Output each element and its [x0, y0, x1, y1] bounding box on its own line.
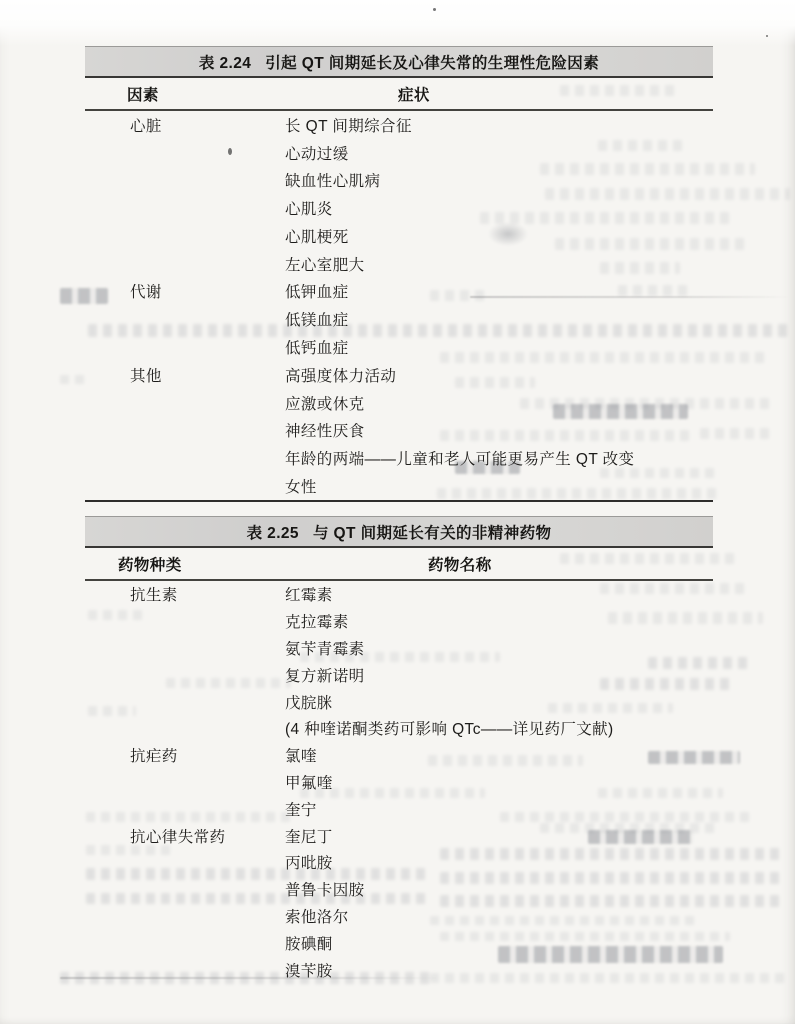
value-cell: 应激或休克 — [285, 392, 713, 414]
table-row: 抗心律失常药奎尼丁 — [85, 822, 713, 849]
table-row: 心脏长 QT 间期综合征 — [85, 111, 713, 139]
table-row: 奎宁 — [85, 795, 713, 822]
table-2-25-column-header: 药物种类 药物名称 — [85, 548, 713, 581]
value-cell: 溴苄胺 — [285, 959, 713, 981]
table-row: 抗生素红霉素 — [85, 581, 713, 608]
table-2-24-title-bar: 表 2.24 引起 QT 间期延长及心律失常的生理性危险因素 — [85, 46, 713, 78]
table-2-25-title-bar: 表 2.25 与 QT 间期延长有关的非精神药物 — [85, 516, 713, 548]
table-row: 溴苄胺 — [85, 956, 713, 983]
value-cell: 左心室肥大 — [285, 253, 713, 275]
scan-speck — [433, 8, 436, 11]
value-cell: 氯喹 — [285, 744, 713, 766]
value-cell: 长 QT 间期综合征 — [285, 114, 713, 136]
value-cell: 索他洛尔 — [285, 905, 713, 927]
value-cell: 复方新诺明 — [285, 664, 713, 686]
table-2-24-body: 心脏长 QT 间期综合征心动过缓缺血性心肌病心肌炎心肌梗死左心室肥大代谢低钾血症… — [85, 111, 713, 500]
factor-cell: 抗心律失常药 — [85, 825, 285, 847]
table-row: 氨苄青霉素 — [85, 635, 713, 662]
table-row: 心肌梗死 — [85, 222, 713, 250]
table-label: 表 2.24 — [199, 51, 251, 73]
factor-cell: 抗疟药 — [85, 744, 285, 766]
value-cell: 甲氟喹 — [285, 771, 713, 793]
table-row: 女性 — [85, 472, 713, 500]
scan-speck — [766, 35, 768, 37]
table-row: 低镁血症 — [85, 305, 713, 333]
table-label: 表 2.25 — [247, 521, 299, 543]
scanned-book-page: 表 2.24 引起 QT 间期延长及心律失常的生理性危险因素 因素 症状 心脏长… — [0, 0, 795, 1024]
table-title: 与 QT 间期延长有关的非精神药物 — [313, 521, 551, 543]
column-header-drug-class: 药物种类 — [85, 553, 182, 575]
table-row: 胺碘酮 — [85, 929, 713, 956]
value-cell: 神经性厌食 — [285, 419, 713, 441]
value-cell: 低镁血症 — [285, 308, 713, 330]
value-cell: 奎宁 — [285, 798, 713, 820]
factor-cell: 抗生素 — [85, 583, 285, 605]
table-row: 甲氟喹 — [85, 769, 713, 796]
table-2-25-body: 抗生素红霉素克拉霉素氨苄青霉素复方新诺明戊脘脒(4 种喹诺酮类药可影响 QTc—… — [85, 581, 713, 983]
value-cell: 氨苄青霉素 — [285, 637, 713, 659]
table-row: 其他高强度体力活动 — [85, 361, 713, 389]
column-header-symptom: 症状 — [398, 83, 430, 105]
table-row: 普鲁卡因胺 — [85, 876, 713, 903]
table-row: 丙吡胺 — [85, 849, 713, 876]
column-header-drug-name: 药物名称 — [428, 553, 492, 575]
table-2-24-column-header: 因素 症状 — [85, 78, 713, 111]
value-cell: 克拉霉素 — [285, 610, 713, 632]
table-row: 克拉霉素 — [85, 608, 713, 635]
table-row: 缺血性心肌病 — [85, 167, 713, 195]
value-cell: 缺血性心肌病 — [285, 169, 713, 191]
factor-cell: 代谢 — [85, 280, 285, 302]
table-row: 代谢低钾血症 — [85, 278, 713, 306]
factor-cell: 心脏 — [85, 114, 285, 136]
table-row: (4 种喹诺酮类药可影响 QTc——详见药厂文献) — [85, 715, 713, 742]
value-cell: 戊脘脒 — [285, 691, 713, 713]
value-cell: 丙吡胺 — [285, 851, 713, 873]
table-2-24: 表 2.24 引起 QT 间期延长及心律失常的生理性危险因素 因素 症状 心脏长… — [85, 46, 713, 502]
table-row: 年龄的两端——儿童和老人可能更易产生 QT 改变 — [85, 444, 713, 472]
table-row: 应激或休克 — [85, 389, 713, 417]
table-row: 索他洛尔 — [85, 903, 713, 930]
value-cell: 红霉素 — [285, 583, 713, 605]
value-cell: 奎尼丁 — [285, 825, 713, 847]
column-header-factor: 因素 — [85, 83, 159, 105]
value-cell: 高强度体力活动 — [285, 364, 713, 386]
value-cell: 低钙血症 — [285, 336, 713, 358]
value-cell: 心肌梗死 — [285, 225, 713, 247]
value-cell: 低钾血症 — [285, 280, 713, 302]
value-cell: 胺碘酮 — [285, 932, 713, 954]
table-row: 心动过缓 — [85, 139, 713, 167]
factor-cell: 其他 — [85, 364, 285, 386]
table-row: 复方新诺明 — [85, 661, 713, 688]
value-cell: 心动过缓 — [285, 142, 713, 164]
table-row: 心肌炎 — [85, 194, 713, 222]
value-cell: 心肌炎 — [285, 197, 713, 219]
value-cell: 普鲁卡因胺 — [285, 878, 713, 900]
table-row: 左心室肥大 — [85, 250, 713, 278]
value-cell: 年龄的两端——儿童和老人可能更易产生 QT 改变 — [285, 447, 713, 469]
table-row: 戊脘脒 — [85, 688, 713, 715]
table-2-25: 表 2.25 与 QT 间期延长有关的非精神药物 药物种类 药物名称 抗生素红霉… — [85, 516, 713, 983]
table-row: 低钙血症 — [85, 333, 713, 361]
table-row: 神经性厌食 — [85, 416, 713, 444]
value-cell: (4 种喹诺酮类药可影响 QTc——详见药厂文献) — [285, 717, 713, 739]
bleed-through-artifact — [60, 375, 88, 384]
table-row: 抗疟药氯喹 — [85, 742, 713, 769]
table-title: 引起 QT 间期延长及心律失常的生理性危险因素 — [265, 51, 599, 73]
value-cell: 女性 — [285, 475, 713, 497]
